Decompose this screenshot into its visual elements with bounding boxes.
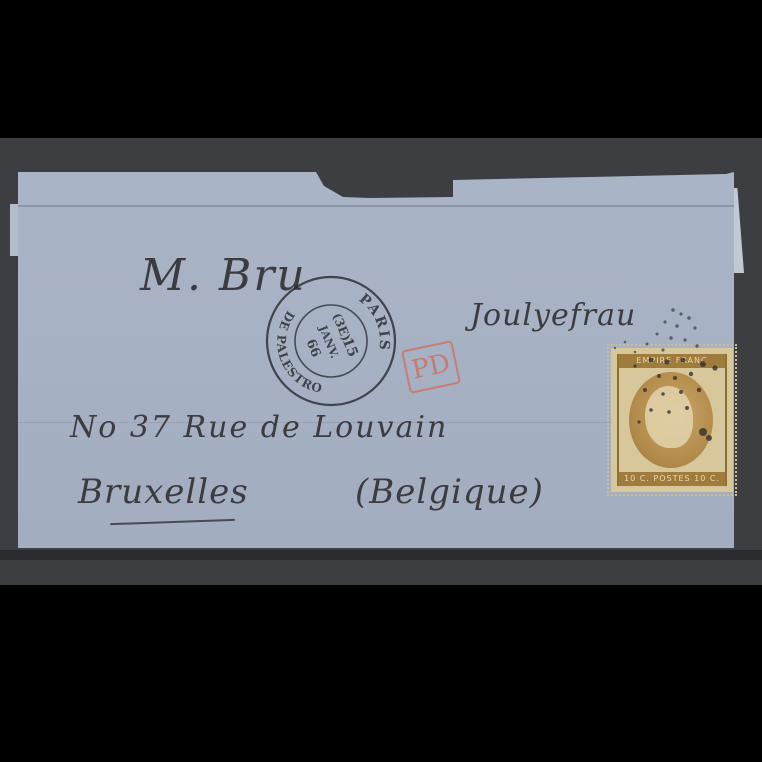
address-country: (Belgique) xyxy=(355,472,544,512)
cover-left-flap-edge xyxy=(10,204,18,256)
address-street: No 37 Rue de Louvain xyxy=(70,410,448,445)
address-city: Bruxelles xyxy=(78,472,249,512)
svg-text:15: 15 xyxy=(339,335,361,359)
lozenge-cancel xyxy=(611,348,733,492)
flap-fold-line xyxy=(18,205,734,207)
cover-right-flap-edge xyxy=(733,188,744,273)
svg-text:66: 66 xyxy=(303,337,324,359)
paris-postmark: PARIS DE PALESTRO (3E) 15 JANV. 66 xyxy=(262,272,400,410)
